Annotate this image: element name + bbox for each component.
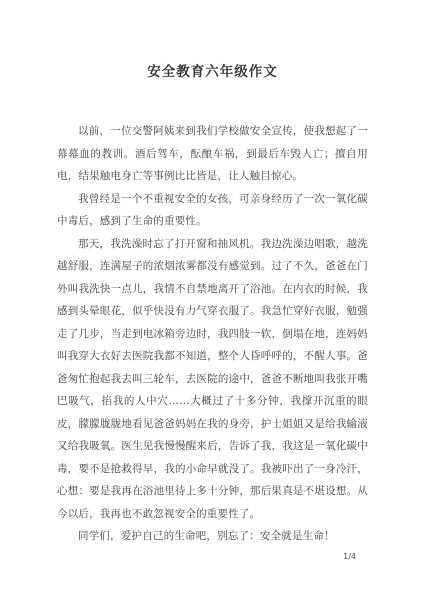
- page-number: 1/4: [343, 552, 356, 561]
- document-body: 以前，一位交警阿姨来到我们学校做安全宣传，使我想起了一幕幕血的教训。酒后驾车，酝…: [57, 120, 368, 548]
- paragraph: 那天，我洗澡时忘了打开窗和抽风机。我边洗澡边唱歌，越洗越舒服，连满屋子的浓烟浓雾…: [57, 233, 368, 526]
- paragraph: 同学们，爱护自己的生命吧，别忘了：安全就是生命！: [57, 525, 368, 548]
- paragraph: 我曾经是一个不重视安全的女孩，可亲身经历了一次一氧化碳中毒后，感到了生命的重要性…: [57, 188, 368, 233]
- paragraph: 以前，一位交警阿姨来到我们学校做安全宣传，使我想起了一幕幕血的教训。酒后驾车，酝…: [57, 120, 368, 188]
- document-page: 安全教育六年级作文 以前，一位交警阿姨来到我们学校做安全宣传，使我想起了一幕幕血…: [0, 0, 424, 600]
- document-title: 安全教育六年级作文: [57, 60, 368, 80]
